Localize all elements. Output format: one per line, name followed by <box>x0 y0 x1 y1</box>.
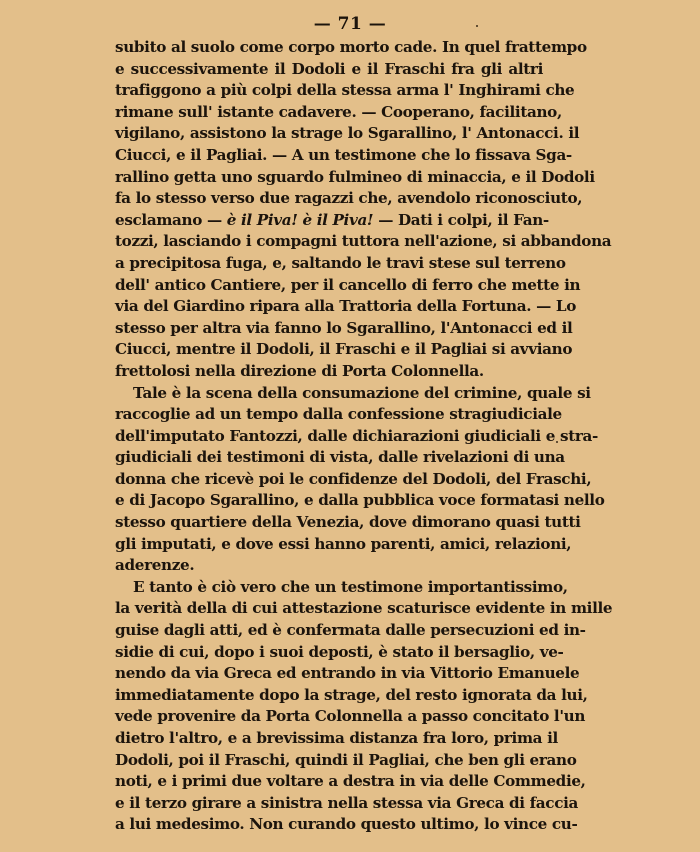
paragraph-2: Tale è la scena della consumazione del c… <box>115 383 543 577</box>
body-text: subito al suolo come corpo morto cade. I… <box>115 37 543 836</box>
text-line: dell'imputato Fantozzi, dalle dichiarazi… <box>115 426 543 448</box>
text-line: nendo da via Greca ed entrando in via Vi… <box>115 663 543 685</box>
text-line: giudiciali dei testimoni di vista, dalle… <box>115 447 543 469</box>
text-line: aderenze. <box>115 555 543 577</box>
text-line: Dodoli, poi il Fraschi, quindi il Paglia… <box>115 750 543 772</box>
text-line: sidie di cui, dopo i suoi deposti, è sta… <box>115 642 543 664</box>
text-line: immediatamente dopo la strage, del resto… <box>115 685 543 707</box>
text-line: e di Jacopo Sgarallino, e dalla pubblica… <box>115 490 543 512</box>
text-line: rimane sull' istante cadavere. — Coopera… <box>115 102 543 124</box>
paragraph-3: E tanto è ciò vero che un testimone impo… <box>115 577 543 836</box>
text-line: stesso quartiere della Venezia, dove dim… <box>115 512 543 534</box>
print-speck <box>476 25 478 27</box>
text-line: a precipitosa fuga, e, saltando le travi… <box>115 253 543 275</box>
text-line: la verità della di cui attestazione scat… <box>115 598 543 620</box>
text-line: donna che ricevè poi le confidenze del D… <box>115 469 543 491</box>
text-line: subito al suolo come corpo morto cade. I… <box>115 37 543 59</box>
text-line: via del Giardino ripara alla Trattoria d… <box>115 296 543 318</box>
text-line: gli imputati, e dove essi hanno parenti,… <box>115 534 543 556</box>
text-line: vigilano, assistono la strage lo Sgarall… <box>115 123 543 145</box>
text-line: e il terzo girare a sinistra nella stess… <box>115 793 543 815</box>
text-line: vede provenire da Porta Colonnella a pas… <box>115 706 543 728</box>
text-line: guise dagli atti, ed è confermata dalle … <box>115 620 543 642</box>
text-line: fa lo stesso verso due ragazzi che, aven… <box>115 188 543 210</box>
text-line: a lui medesimo. Non curando questo ultim… <box>115 814 543 836</box>
text-line: E tanto è ciò vero che un testimone impo… <box>115 577 543 599</box>
text-segment: — Dati i colpi, il Fan- <box>373 211 549 229</box>
text-line: noti, e i primi due voltare a destra in … <box>115 771 543 793</box>
text-line: raccoglie ad un tempo dalla confessione … <box>115 404 543 426</box>
text-line: Ciucci, mentre il Dodoli, il Fraschi e i… <box>115 339 543 361</box>
text-line: e successivamente il Dodoli e il Fraschi… <box>115 59 543 81</box>
text-line: dietro l'altro, e a brevissima distanza … <box>115 728 543 750</box>
text-segment: esclamano — <box>115 211 227 229</box>
text-line: dell' antico Cantiere, per il cancello d… <box>115 275 543 297</box>
text-line: stesso per altra via fanno lo Sgarallino… <box>115 318 543 340</box>
text-line: Tale è la scena della consumazione del c… <box>115 383 543 405</box>
text-line: rallino getta uno sguardo fulmineo di mi… <box>115 167 543 189</box>
text-line: trafiggono a più colpi della stessa arma… <box>115 80 543 102</box>
text-line: tozzi, lasciando i compagni tuttora nell… <box>115 231 543 253</box>
paragraph-1: subito al suolo come corpo morto cade. I… <box>115 37 543 383</box>
page-number: — 71 — <box>0 14 700 34</box>
text-line-with-italic: esclamano — è il Piva! è il Piva! — Dati… <box>115 210 543 232</box>
text-line: frettolosi nella direzione di Porta Colo… <box>115 361 543 383</box>
text-line: Ciucci, e il Pagliai. — A un testimone c… <box>115 145 543 167</box>
italic-exclamation: è il Piva! è il Piva! <box>227 211 374 229</box>
